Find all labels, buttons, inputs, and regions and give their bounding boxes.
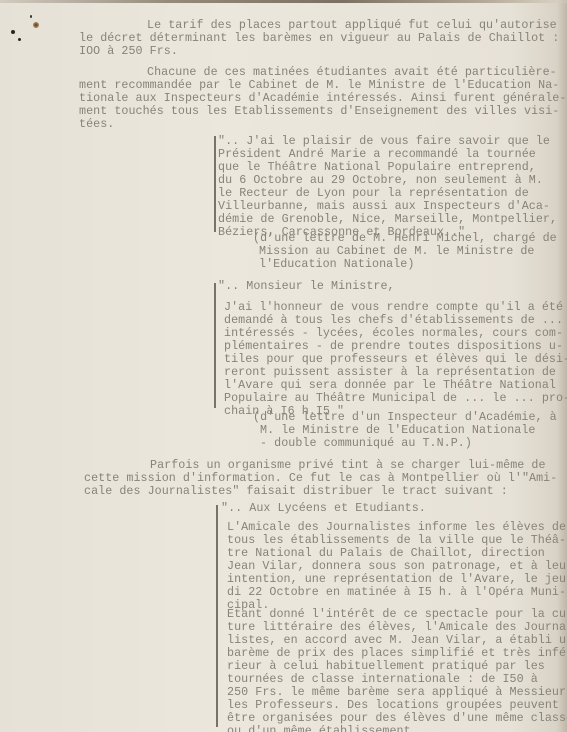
attribution-line: l'Education Nationale) [259, 258, 414, 271]
quote-bar [214, 136, 216, 232]
rust-stain [33, 22, 39, 28]
attribution-line: - double communiqué au T.N.P.) [260, 437, 472, 450]
quote-line: ou d'un même établissement. [227, 725, 418, 732]
typewritten-page: Le tarif des places partout appliqué fut… [0, 0, 567, 732]
paper-top-edge [0, 0, 567, 3]
paragraph-line: ment touchés tous les Etablissements d'E… [79, 105, 559, 118]
paragraph-line: cale des Journalistes" faisait distribue… [84, 485, 508, 498]
ink-spot [30, 15, 32, 18]
quote-bar [216, 505, 218, 727]
ink-spot [18, 38, 21, 41]
paragraph-line: tées. [79, 118, 114, 131]
ink-spot [11, 30, 15, 34]
paragraph-line: IOO à 250 Frs. [79, 45, 178, 58]
quote-bar [214, 283, 216, 408]
quote-heading: ".. Aux Lycéens et Etudiants. [221, 502, 426, 515]
quote-salutation: ".. Monsieur le Ministre, [218, 280, 395, 293]
quote-line: di 22 Octobre en matinée à I5 h. à l'Opé… [227, 586, 566, 599]
